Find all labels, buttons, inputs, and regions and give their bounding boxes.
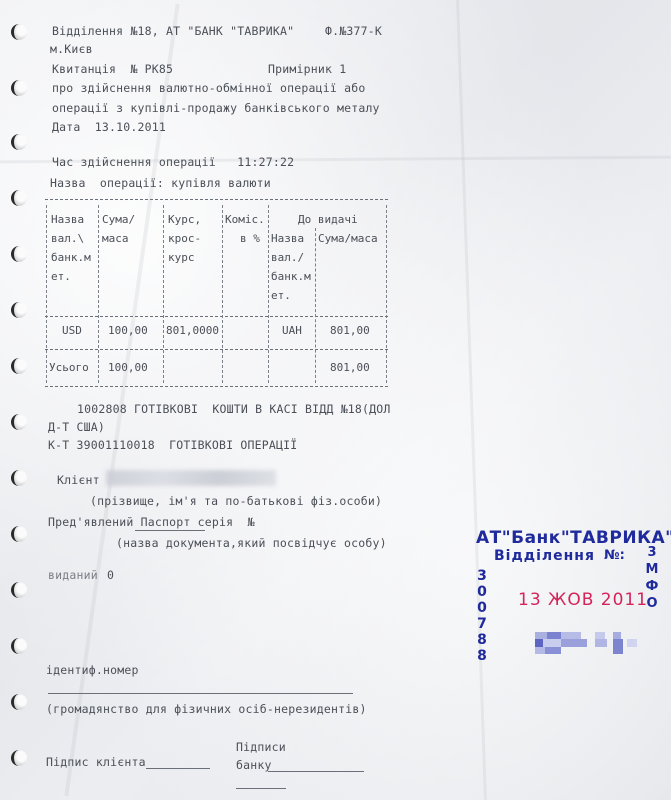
client-name-redacted <box>106 470 276 486</box>
table-column-divider <box>386 205 387 383</box>
row-rate: 801,0000 <box>166 321 219 341</box>
citizenship-underline <box>48 693 353 694</box>
header-commission-2: в % <box>240 229 260 249</box>
bank-signature-label-1: Підписи <box>236 740 286 754</box>
passport-series-underline <box>135 530 205 531</box>
citizenship-caption: (громадянство для фізичних осіб-нерезиде… <box>46 702 367 716</box>
row-payout-currency: UAH <box>282 321 302 341</box>
punch-hole <box>11 750 27 766</box>
header-payout-currency-2: вал./ <box>271 248 304 268</box>
credit-account-line: К-Т 39001110018 ГОТІВКОВІ ОПЕРАЦІЇ <box>48 438 297 452</box>
header-amount-1: Сума/ <box>102 210 135 230</box>
client-signature-line <box>146 768 210 769</box>
header-currency-name-2: вал.\ <box>51 229 84 249</box>
table-rule <box>45 316 388 317</box>
table-column-divider <box>315 228 316 383</box>
operation-time: Час здійснення операції 11:27:22 <box>52 155 294 169</box>
bank-signature-label-2: банку <box>236 758 272 772</box>
punch-hole <box>11 414 27 430</box>
table-rule <box>45 349 388 350</box>
punch-hole <box>11 582 27 598</box>
form-number: Ф.№377-К <box>325 24 382 38</box>
punch-hole <box>11 358 27 374</box>
paper-crease <box>456 0 487 800</box>
receipt-number: Квитанція № РК85 <box>52 62 173 76</box>
stamp-vertical-code-left: 300788 <box>475 568 489 664</box>
passport-line: Пред'явлений Паспорт серія № <box>48 515 255 529</box>
header-payout-currency-1: Назва <box>271 229 304 249</box>
copy-label: Примірник 1 <box>268 62 346 76</box>
stamp-date: 13 ЖОВ 2011 <box>518 590 648 610</box>
city: м.Києв <box>50 42 93 56</box>
passport-caption: (назва документа,який посвідчує особу) <box>116 536 387 550</box>
header-currency-name-4: ет. <box>51 267 71 287</box>
debit-account-line-2: Д-Т США) <box>48 420 105 434</box>
header-payout-currency-4: ет. <box>271 286 291 306</box>
stamp-bank-name: АТ"Банк"ТАВРИКА" <box>476 528 671 548</box>
date-line: Дата 13.10.2011 <box>52 120 166 134</box>
total-payout-amount: 801,00 <box>330 358 370 378</box>
stamp-signature-redacted <box>535 632 645 654</box>
table-column-divider <box>98 205 99 383</box>
bank-signature-line <box>268 771 364 772</box>
operation-name: Назва операції: купівля валюти <box>50 176 271 190</box>
punch-hole <box>11 246 27 262</box>
punch-hole <box>11 302 27 318</box>
stamp-branch-number: №: <box>604 548 625 563</box>
punch-hole <box>11 470 27 486</box>
debit-account-line-1: 1002808 ГОТІВКОВІ КОШТИ В КАСІ ВІДД №18(… <box>77 402 390 416</box>
header-currency-name-3: банк.м <box>51 248 91 268</box>
stamp-branch: Відділення <box>494 548 595 564</box>
table-rule <box>45 386 388 387</box>
punch-hole <box>11 526 27 542</box>
purpose-line-2: операції з купівлі-продажу банківського … <box>52 101 380 115</box>
id-number-label: ідентиф.номер <box>46 663 139 677</box>
header-currency-name-1: Назва <box>51 210 84 230</box>
table-column-divider <box>268 205 269 383</box>
header-rate-3: курс <box>168 248 195 268</box>
row-currency: USD <box>62 321 82 341</box>
punch-hole <box>11 190 27 206</box>
punch-hole <box>11 24 27 40</box>
header-rate-1: Курс, <box>168 210 201 230</box>
header-payout-amount: Сума/маса <box>318 229 378 249</box>
bank-signature-line-2 <box>236 788 286 789</box>
punch-hole <box>11 134 27 150</box>
header-rate-2: крос- <box>168 229 201 249</box>
client-name-caption: (прізвище, ім'я та по-батькові фіз.особи… <box>90 494 382 508</box>
table-column-divider <box>163 205 164 383</box>
punch-hole <box>11 80 27 96</box>
table-column-divider <box>222 205 223 383</box>
total-label: Усього <box>49 358 89 378</box>
header-commission-1: Коміс. <box>225 210 265 230</box>
client-label: Клієнт <box>57 473 100 487</box>
total-amount: 100,00 <box>108 358 148 378</box>
header-payout-group: До видачі <box>298 210 358 230</box>
client-signature-label: Підпис клієнта <box>46 755 146 769</box>
table-rule <box>45 199 388 200</box>
row-amount: 100,00 <box>108 321 148 341</box>
punch-hole <box>11 694 27 710</box>
header-payout-currency-3: банк.м <box>271 267 311 287</box>
purpose-line-1: про здійснення валютно-обмінної операції… <box>52 81 365 95</box>
punch-hole <box>11 638 27 654</box>
issued-label: виданий <box>48 568 98 582</box>
row-payout-amount: 801,00 <box>330 321 370 341</box>
header-amount-2: маса <box>102 229 129 249</box>
issued-value: 0 <box>107 568 114 582</box>
table-column-divider <box>46 205 47 383</box>
branch-line: Відділення №18, АТ "БАНК "ТАВРИКА" <box>52 24 294 38</box>
